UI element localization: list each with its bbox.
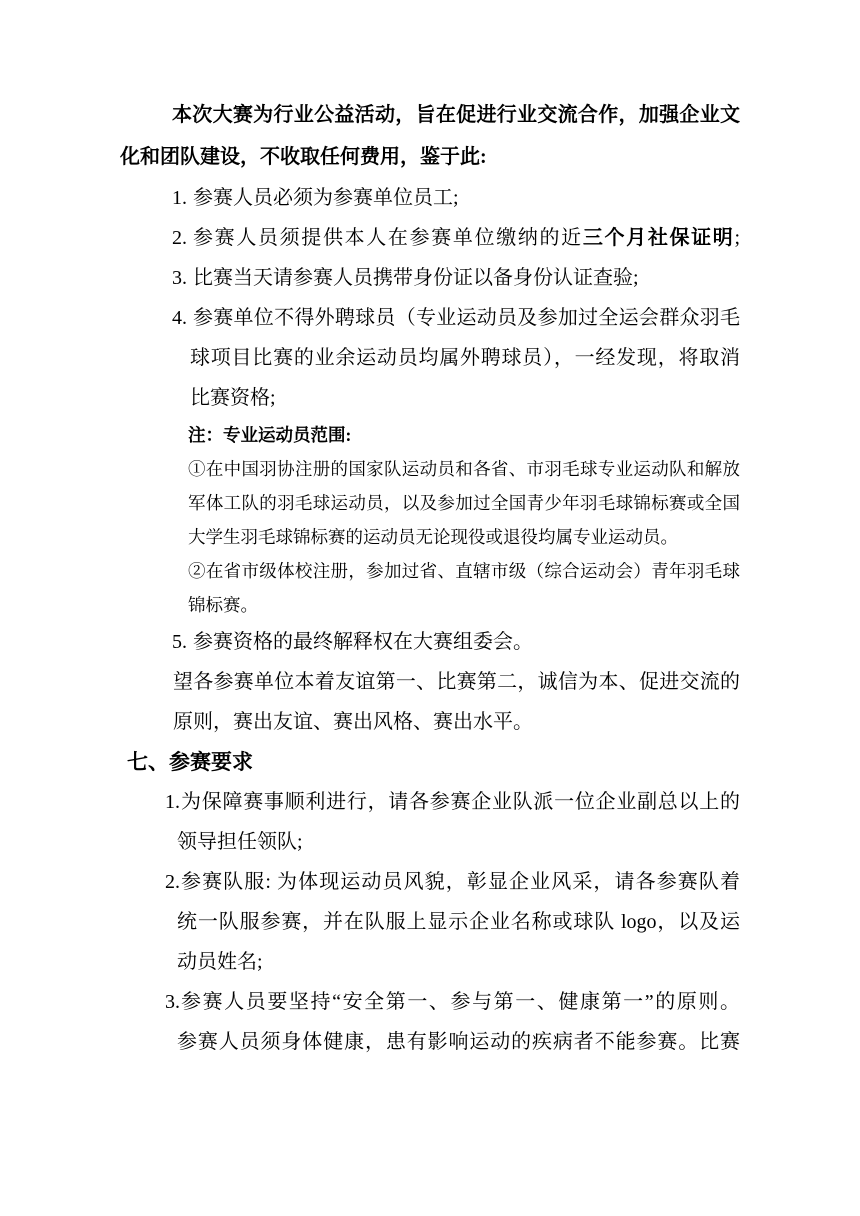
doc-line-16: 望各参赛单位本着友谊第一、比赛第二，诚信为本、促进交流的 xyxy=(120,662,740,702)
doc-line-10: ①在中国羽协注册的国家队运动员和各省、市羽毛球专业运动队和解放 xyxy=(120,452,740,486)
text-run: 化和团队建设，不收取任何费用，鉴于此: xyxy=(120,146,487,168)
text-run: 参赛队服: 为体现运动员风貌，彰显企业风采，请各参赛队着 xyxy=(181,871,740,893)
list-marker: 1. xyxy=(165,782,180,822)
list-marker: 3. xyxy=(172,258,187,298)
text-run: 望各参赛单位本着友谊第一、比赛第二，诚信为本、促进交流的 xyxy=(173,671,740,693)
doc-line-13: ②在省市级体校注册，参加过省、直辖市级（综合运动会）青年羽毛球 xyxy=(120,554,740,588)
doc-line-8: 比赛资格; xyxy=(120,378,740,418)
text-run: ②在省市级体校注册，参加过省、直辖市级（综合运动会）青年羽毛球 xyxy=(188,561,740,581)
text-run: 参赛人员要坚持“安全第一、参与第一、健康第一”的原则。 xyxy=(181,991,740,1013)
doc-line-5: 3.比赛当天请参赛人员携带身份证以备身份认证查验; xyxy=(120,258,740,298)
text-run: 统一队服参赛，并在队服上显示企业名称或球队 logo，以及运 xyxy=(177,911,740,933)
doc-line-25: 参赛人员须身体健康，患有影响运动的疾病者不能参赛。比赛 xyxy=(120,1022,740,1062)
doc-line-24: 3.参赛人员要坚持“安全第一、参与第一、健康第一”的原则。 xyxy=(120,982,740,1022)
doc-line-17: 原则，赛出友谊、赛出风格、赛出水平。 xyxy=(120,702,740,742)
text-run: 比赛当天请参赛人员携带身份证以备身份认证查验; xyxy=(193,267,639,289)
text-run: 军体工队的羽毛球运动员，以及参加过全国青少年羽毛球锦标赛或全国 xyxy=(188,493,740,513)
doc-line-7: 球项目比赛的业余运动员均属外聘球员），一经发现，将取消 xyxy=(120,338,740,378)
text-run: 动员姓名; xyxy=(177,951,263,973)
list-marker: 5. xyxy=(172,622,187,662)
text-run: 三个月社保证明 xyxy=(583,227,735,249)
doc-line-21: 2.参赛队服: 为体现运动员风貌，彰显企业风采，请各参赛队着 xyxy=(120,862,740,902)
text-run: 锦标赛。 xyxy=(188,595,258,615)
doc-line-15: 5.参赛资格的最终解释权在大赛组委会。 xyxy=(120,622,740,662)
document-page: 本次大赛为行业公益活动，旨在促进行业交流合作，加强企业文化和团队建设，不收取任何… xyxy=(0,0,860,1216)
list-marker: 3. xyxy=(165,982,180,1022)
document-body: 本次大赛为行业公益活动，旨在促进行业交流合作，加强企业文化和团队建设，不收取任何… xyxy=(120,94,740,1062)
doc-line-18: 七、参赛要求 xyxy=(120,742,740,782)
doc-line-20: 领导担任领队; xyxy=(120,822,740,862)
text-run: 参赛资格的最终解释权在大赛组委会。 xyxy=(193,631,533,653)
doc-line-11: 军体工队的羽毛球运动员，以及参加过全国青少年羽毛球锦标赛或全国 xyxy=(120,486,740,520)
text-run: 参赛单位不得外聘球员（专业运动员及参加过全运会群众羽毛 xyxy=(193,307,740,329)
text-run: ; xyxy=(734,227,740,249)
text-run: 参赛人员须提供本人在参赛单位缴纳的近 xyxy=(193,227,583,249)
text-run: 比赛资格; xyxy=(190,387,276,409)
text-run: 为保障赛事顺利进行，请各参赛企业队派一位企业副总以上的 xyxy=(181,791,740,813)
doc-line-6: 4.参赛单位不得外聘球员（专业运动员及参加过全运会群众羽毛 xyxy=(120,298,740,338)
text-run: 七、参赛要求 xyxy=(127,750,253,774)
text-run: 参赛人员必须为参赛单位员工; xyxy=(193,187,459,209)
doc-line-19: 1.为保障赛事顺利进行，请各参赛企业队派一位企业副总以上的 xyxy=(120,782,740,822)
list-marker: 2. xyxy=(172,218,187,258)
doc-line-1: 本次大赛为行业公益活动，旨在促进行业交流合作，加强企业文 xyxy=(120,94,740,136)
text-run: 大学生羽毛球锦标赛的运动员无论现役或退役均属专业运动员。 xyxy=(188,527,678,547)
text-run: 注：专业运动员范围: xyxy=(188,425,351,445)
text-run: 参赛人员须身体健康，患有影响运动的疾病者不能参赛。比赛 xyxy=(177,1031,740,1053)
text-run: ①在中国羽协注册的国家队运动员和各省、市羽毛球专业运动队和解放 xyxy=(188,459,740,479)
list-marker: 1. xyxy=(172,178,187,218)
doc-line-4: 2.参赛人员须提供本人在参赛单位缴纳的近三个月社保证明; xyxy=(120,218,740,258)
doc-line-3: 1.参赛人员必须为参赛单位员工; xyxy=(120,178,740,218)
doc-line-14: 锦标赛。 xyxy=(120,588,740,622)
text-run: 本次大赛为行业公益活动，旨在促进行业交流合作，加强企业文 xyxy=(172,104,740,126)
list-marker: 4. xyxy=(172,298,187,338)
doc-line-9: 注：专业运动员范围: xyxy=(120,418,740,452)
list-marker: 2. xyxy=(165,862,180,902)
doc-line-12: 大学生羽毛球锦标赛的运动员无论现役或退役均属专业运动员。 xyxy=(120,520,740,554)
doc-line-22: 统一队服参赛，并在队服上显示企业名称或球队 logo，以及运 xyxy=(120,902,740,942)
text-run: 原则，赛出友谊、赛出风格、赛出水平。 xyxy=(173,711,533,733)
doc-line-2: 化和团队建设，不收取任何费用，鉴于此: xyxy=(120,136,740,178)
text-run: 领导担任领队; xyxy=(177,831,303,853)
text-run: 球项目比赛的业余运动员均属外聘球员），一经发现，将取消 xyxy=(190,347,740,369)
doc-line-23: 动员姓名; xyxy=(120,942,740,982)
